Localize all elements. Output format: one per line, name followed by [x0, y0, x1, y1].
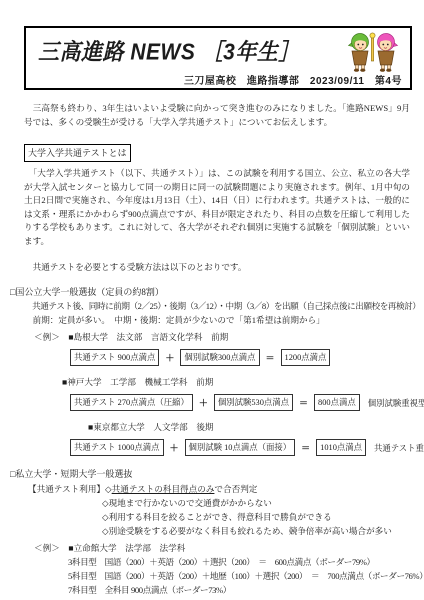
score-box-total: 1010点満点 — [316, 439, 366, 456]
example-tokyo-metropolitan-university: ■東京都立大学 人文学部 後期 — [88, 421, 412, 434]
score-box-total: 1200点満点 — [281, 349, 331, 366]
plus-operator: ＋ — [165, 351, 174, 364]
score-box-kobetsu: 個別試験 10点満点（面接） — [185, 439, 296, 456]
kyotsu-test-use-point-1: 【共通テスト利用】◇共通テストの科目得点のみで合否判定 — [28, 483, 412, 496]
header-top-row: 三高進路 NEWS ［3年生］ — [38, 30, 402, 72]
score-box-kyotsu: 共通テスト 270点満点（圧縮） — [70, 394, 193, 411]
point-text: で合否判定 — [214, 484, 257, 494]
national-line-schedule: 共通テスト後、同時に前期（2／25）・後期（3／12）・中期（3／8）を出願（自… — [24, 300, 412, 313]
mascot-elves-illustration — [344, 31, 402, 73]
newsletter-page: 三高進路 NEWS ［3年生］ — [0, 0, 424, 600]
plus-operator: ＋ — [199, 396, 208, 409]
lead-sentence: 共通テストを必要とする受験方法は以下のとおりです。 — [24, 261, 412, 274]
university-name: ■東京都立大学 人文学部 後期 — [88, 422, 214, 432]
newsletter-subtitle: 三刀屋高校 進路指導部 2023/09/11 第4号 — [38, 72, 402, 87]
example-label: ＜例＞ — [34, 332, 68, 342]
pink-elf-icon — [378, 34, 398, 72]
equals-operator: ＝ — [266, 351, 275, 364]
national-section-heading: □国公立大学一般選抜（定員の約8割） — [10, 286, 412, 299]
diamond-bullet: ◇ — [105, 484, 112, 494]
point-text: 現地まで行かないので交通費がかからない — [109, 498, 272, 508]
ritsumeikan-pattern-7-subjects: 7科目型 全科目 900点満点（ボーダー73%） — [68, 584, 412, 597]
formula-row-tokyo-metropolitan: 共通テスト 1000点満点 ＋ 個別試験 10点満点（面接） ＝ 1010点満点… — [70, 439, 412, 456]
diamond-bullet: ◇ — [102, 526, 109, 536]
formula-note: 個別試験重視型 — [368, 397, 424, 409]
equals-operator: ＝ — [299, 396, 308, 409]
kyotsu-test-use-point-4: ◇別途受験をする必要がなく科目も絞れるため、競争倍率が高い場合が多い — [102, 525, 412, 538]
plus-operator: ＋ — [170, 441, 179, 454]
point-text: 利用する科目を絞ることができ、得意科目で勝負ができる — [109, 512, 332, 522]
university-name: ■島根大学 法文部 言語文化学科 前期 — [68, 332, 228, 342]
example-shimane-university: ＜例＞ ■島根大学 法文部 言語文化学科 前期 — [34, 331, 412, 344]
kyotsu-use-label: 【共通テスト利用】 — [28, 484, 105, 494]
formula-note: 共通テスト重視型 — [374, 442, 424, 454]
about-body-paragraph: 「大学入学共通テスト（以下、共通テスト）」は、この試験を利用する国立、公立、私立… — [24, 167, 410, 248]
formula-row-kobe: 共通テスト 270点満点（圧縮） ＋ 個別試験530点満点 ＝ 800点満点 個… — [70, 394, 412, 411]
score-box-total: 800点満点 — [314, 394, 360, 411]
ritsumeikan-pattern-5-subjects: 5科目型 国語（200）＋英語（200）＋地歴（100）＋選択（200） ＝ 7… — [68, 570, 412, 583]
university-name: ■神戸大学 工学部 機械工学科 前期 — [62, 377, 213, 387]
score-box-kyotsu: 共通テスト 1000点満点 — [70, 439, 164, 456]
example-kobe-university: ■神戸大学 工学部 機械工学科 前期 — [62, 376, 412, 389]
staff-icon — [371, 36, 373, 61]
score-box-kobetsu: 個別試験530点満点 — [214, 394, 293, 411]
ritsumeikan-pattern-3-subjects: 3科目型 国語（200）＋英語（200）＋選択（200） ＝ 600点満点（ボー… — [68, 556, 412, 569]
newsletter-title: 三高進路 NEWS ［3年生］ — [38, 35, 300, 67]
green-elf-icon — [349, 34, 369, 72]
kyotsu-test-use-point-2: ◇現地まで行かないので交通費がかからない — [102, 497, 412, 510]
underlined-phrase: 共通テストの科目得点のみ — [112, 484, 215, 494]
intro-paragraph: 三高祭も終わり、3年生はいよいよ受験に向かって突き進むのみになりました。「進路N… — [24, 102, 410, 129]
diamond-bullet: ◇ — [102, 498, 109, 508]
diamond-bullet: ◇ — [102, 512, 109, 522]
example-ritsumeikan-university: ＜例＞ ■立命館大学 法学部 法学科 — [34, 542, 412, 555]
section-heading-about-kyotsu-test: 大学入学共通テストとは — [24, 144, 131, 162]
formula-row-shimane: 共通テスト 900点満点 ＋ 個別試験300点満点 ＝ 1200点満点 — [70, 349, 412, 366]
score-box-kyotsu: 共通テスト 900点満点 — [70, 349, 159, 366]
equals-operator: ＝ — [301, 441, 310, 454]
national-line-advice: 前期：定員が多い。 中期・後期：定員が少ないので「第1希望は前期から」 — [24, 314, 412, 327]
private-section-heading: □私立大学・短期大学一般選抜 — [10, 468, 412, 481]
point-text: 別途受験をする必要がなく科目も絞れるため、競争倍率が高い場合が多い — [109, 526, 392, 536]
score-box-kobetsu: 個別試験300点満点 — [180, 349, 259, 366]
kyotsu-test-use-point-3: ◇利用する科目を絞ることができ、得意科目で勝負ができる — [102, 511, 412, 524]
newsletter-header: 三高進路 NEWS ［3年生］ — [24, 26, 412, 90]
